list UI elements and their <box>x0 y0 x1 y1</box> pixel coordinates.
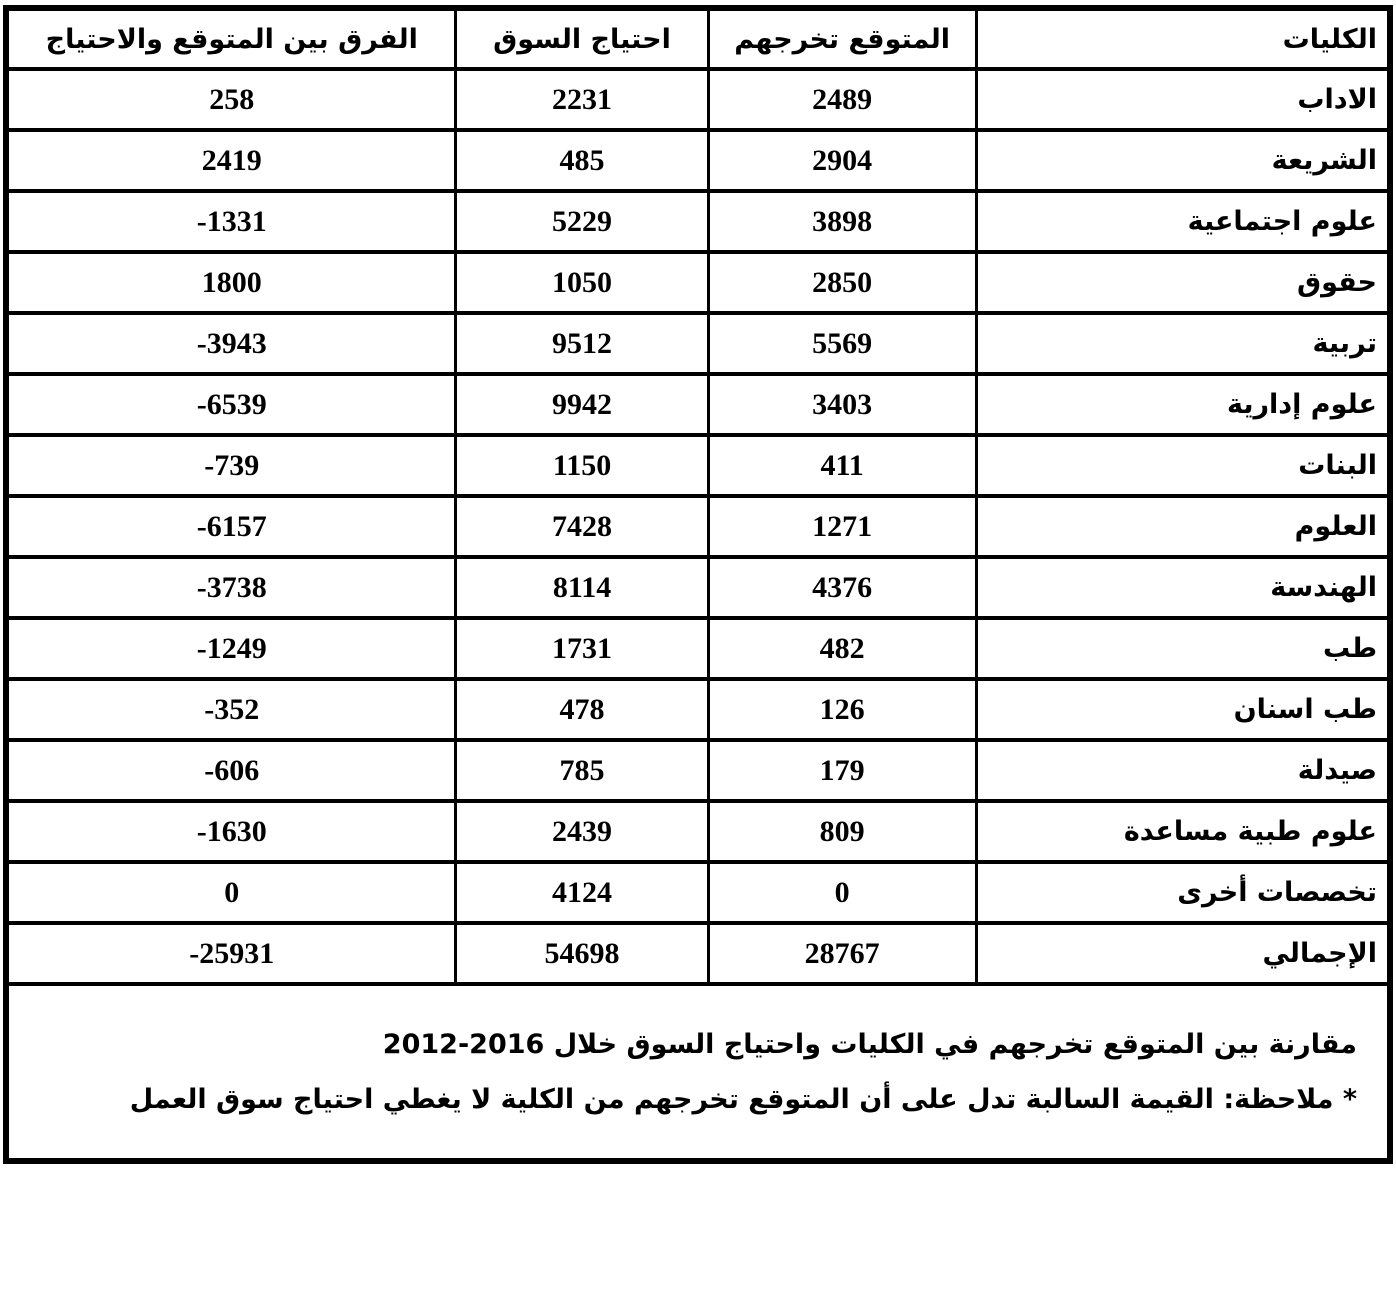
table-note: * ملاحظة: القيمة السالبة تدل على أن المت… <box>9 1072 1357 1127</box>
college-name-cell: تخصصات أخرى <box>976 862 1390 923</box>
difference-cell: -1249 <box>6 618 456 679</box>
expected-graduates-cell: 179 <box>708 740 976 801</box>
college-name-cell: حقوق <box>976 252 1390 313</box>
expected-graduates-cell: 0 <box>708 862 976 923</box>
market-need-cell: 9512 <box>456 313 708 374</box>
market-need-cell: 1050 <box>456 252 708 313</box>
market-need-cell: 785 <box>456 740 708 801</box>
expected-graduates-cell: 1271 <box>708 496 976 557</box>
table-body: الاداب 2489 2231 258 الشريعة 2904 485 24… <box>6 69 1390 984</box>
table-row: الهندسة 4376 8114 -3738 <box>6 557 1390 618</box>
college-name-cell: طب <box>976 618 1390 679</box>
difference-cell: 0 <box>6 862 456 923</box>
difference-cell: -25931 <box>6 923 456 984</box>
table-row: تخصصات أخرى 0 4124 0 <box>6 862 1390 923</box>
college-name-cell: البنات <box>976 435 1390 496</box>
expected-graduates-cell: 4376 <box>708 557 976 618</box>
expected-graduates-cell: 2850 <box>708 252 976 313</box>
table-row: حقوق 2850 1050 1800 <box>6 252 1390 313</box>
difference-cell: -352 <box>6 679 456 740</box>
college-name-cell: تربية <box>976 313 1390 374</box>
college-name-cell: صيدلة <box>976 740 1390 801</box>
market-need-cell: 5229 <box>456 191 708 252</box>
market-need-cell: 1731 <box>456 618 708 679</box>
college-name-cell: علوم اجتماعية <box>976 191 1390 252</box>
table-row: الإجمالي 28767 54698 -25931 <box>6 923 1390 984</box>
expected-graduates-cell: 5569 <box>708 313 976 374</box>
header-difference: الفرق بين المتوقع والاحتياج <box>6 8 456 69</box>
difference-cell: 1800 <box>6 252 456 313</box>
difference-cell: -1630 <box>6 801 456 862</box>
market-need-cell: 8114 <box>456 557 708 618</box>
table-row: تربية 5569 9512 -3943 <box>6 313 1390 374</box>
difference-cell: -6539 <box>6 374 456 435</box>
expected-graduates-cell: 2489 <box>708 69 976 130</box>
header-market-need: احتياج السوق <box>456 8 708 69</box>
market-need-cell: 1150 <box>456 435 708 496</box>
market-need-cell: 2231 <box>456 69 708 130</box>
difference-cell: -1331 <box>6 191 456 252</box>
college-name-cell: الهندسة <box>976 557 1390 618</box>
table-row: العلوم 1271 7428 -6157 <box>6 496 1390 557</box>
table-row: البنات 411 1150 -739 <box>6 435 1390 496</box>
table-footer: مقارنة بين المتوقع تخرجهم في الكليات واح… <box>6 984 1390 1161</box>
college-name-cell: العلوم <box>976 496 1390 557</box>
expected-graduates-cell: 3898 <box>708 191 976 252</box>
expected-graduates-cell: 809 <box>708 801 976 862</box>
difference-cell: -606 <box>6 740 456 801</box>
college-name-cell: علوم طبية مساعدة <box>976 801 1390 862</box>
market-need-cell: 485 <box>456 130 708 191</box>
college-name-cell: الشريعة <box>976 130 1390 191</box>
college-name-cell: الإجمالي <box>976 923 1390 984</box>
expected-graduates-cell: 411 <box>708 435 976 496</box>
market-need-cell: 478 <box>456 679 708 740</box>
expected-graduates-cell: 126 <box>708 679 976 740</box>
table-row: طب اسنان 126 478 -352 <box>6 679 1390 740</box>
table-caption: مقارنة بين المتوقع تخرجهم في الكليات واح… <box>9 1017 1357 1072</box>
college-name-cell: طب اسنان <box>976 679 1390 740</box>
college-name-cell: علوم إدارية <box>976 374 1390 435</box>
expected-graduates-cell: 2904 <box>708 130 976 191</box>
table-row: علوم طبية مساعدة 809 2439 -1630 <box>6 801 1390 862</box>
difference-cell: -3738 <box>6 557 456 618</box>
expected-graduates-cell: 482 <box>708 618 976 679</box>
difference-cell: -6157 <box>6 496 456 557</box>
header-row: الكليات المتوقع تخرجهم احتياج السوق الفر… <box>6 8 1390 69</box>
table-row: الاداب 2489 2231 258 <box>6 69 1390 130</box>
difference-cell: -739 <box>6 435 456 496</box>
table-row: طب 482 1731 -1249 <box>6 618 1390 679</box>
market-need-cell: 9942 <box>456 374 708 435</box>
table-row: صيدلة 179 785 -606 <box>6 740 1390 801</box>
header-expected-graduates: المتوقع تخرجهم <box>708 8 976 69</box>
header-colleges: الكليات <box>976 8 1390 69</box>
expected-graduates-cell: 28767 <box>708 923 976 984</box>
market-need-cell: 54698 <box>456 923 708 984</box>
difference-cell: -3943 <box>6 313 456 374</box>
document-page: الكليات المتوقع تخرجهم احتياج السوق الفر… <box>0 5 1396 1295</box>
expected-graduates-cell: 3403 <box>708 374 976 435</box>
market-need-cell: 2439 <box>456 801 708 862</box>
table-row: علوم إدارية 3403 9942 -6539 <box>6 374 1390 435</box>
market-need-cell: 7428 <box>456 496 708 557</box>
table-row: علوم اجتماعية 3898 5229 -1331 <box>6 191 1390 252</box>
table-row: الشريعة 2904 485 2419 <box>6 130 1390 191</box>
college-name-cell: الاداب <box>976 69 1390 130</box>
colleges-market-table: الكليات المتوقع تخرجهم احتياج السوق الفر… <box>3 5 1393 1164</box>
difference-cell: 258 <box>6 69 456 130</box>
market-need-cell: 4124 <box>456 862 708 923</box>
difference-cell: 2419 <box>6 130 456 191</box>
footer-row: مقارنة بين المتوقع تخرجهم في الكليات واح… <box>6 984 1390 1161</box>
